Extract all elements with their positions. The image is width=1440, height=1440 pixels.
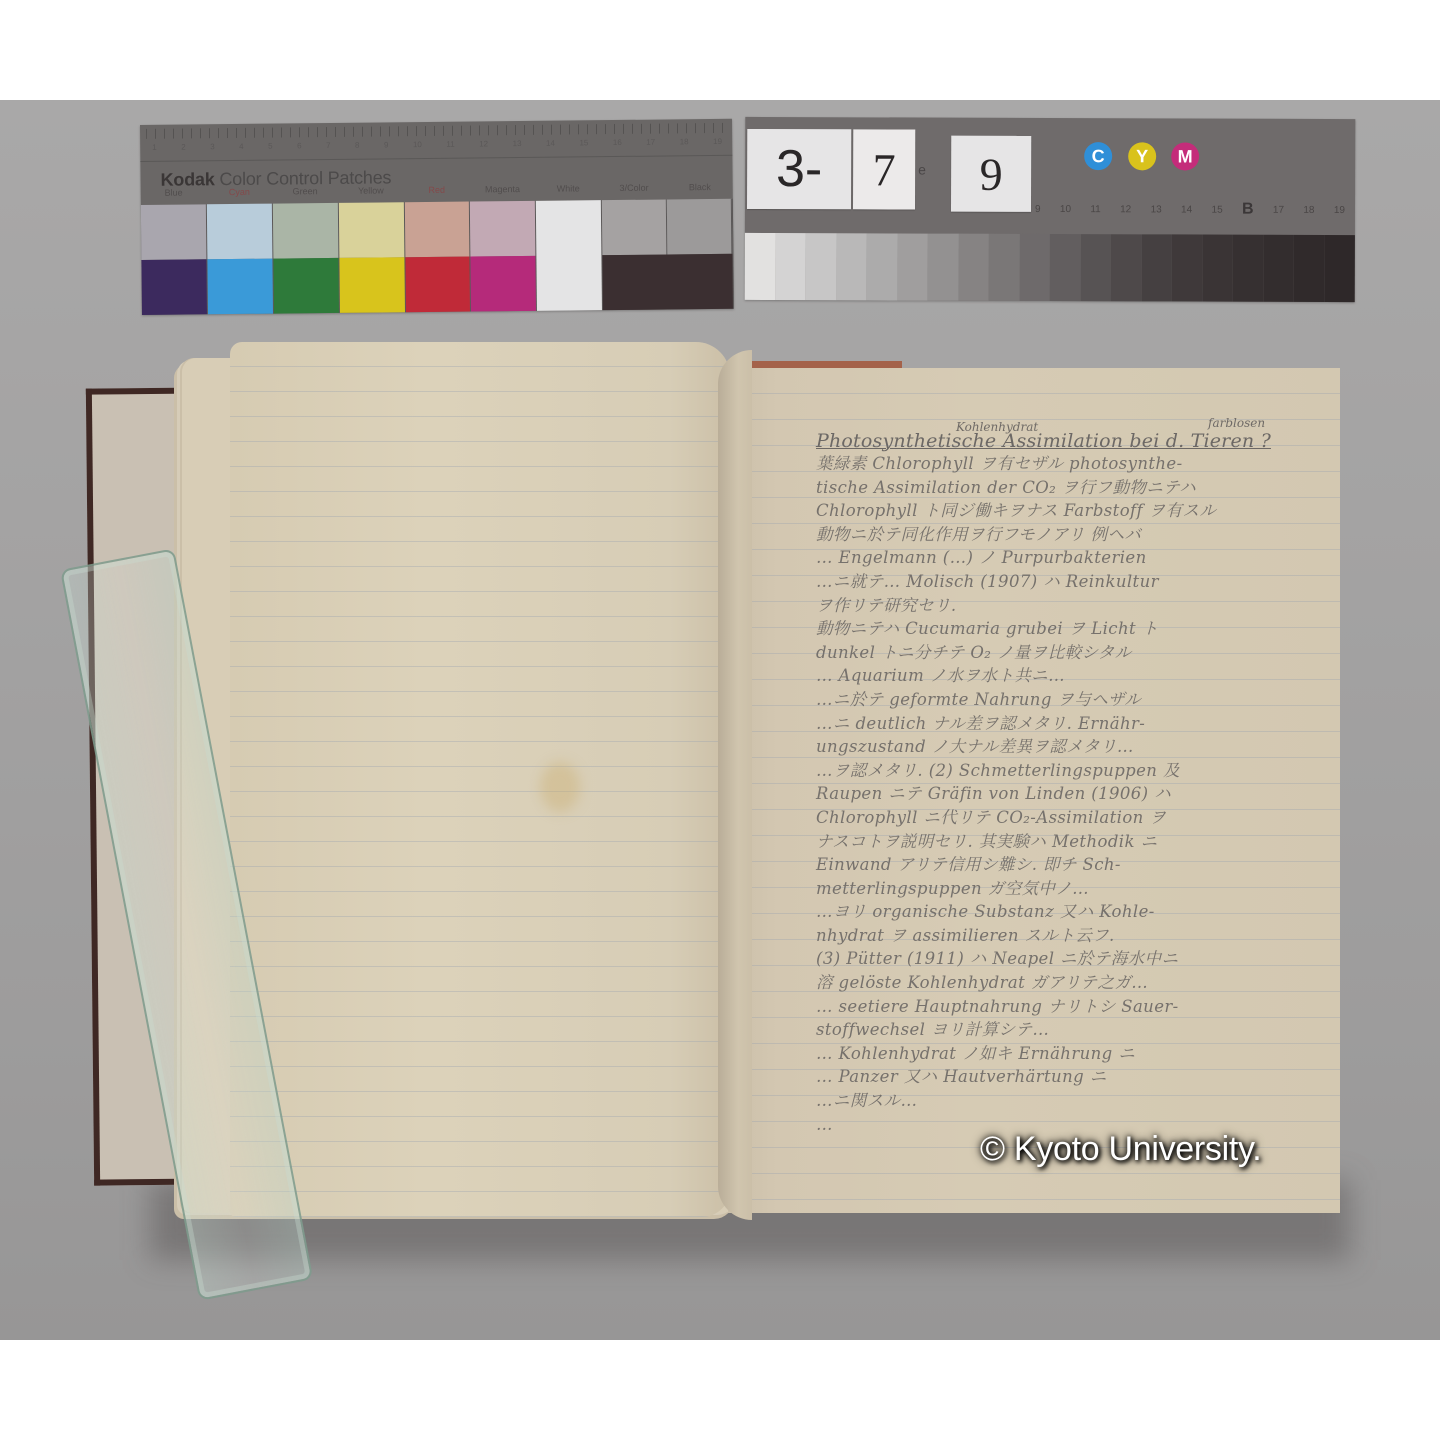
handwritten-notes: Kohlenhydrat farblosen Photosynthetische… — [816, 430, 1336, 1136]
ruler-number: 2 — [181, 143, 186, 152]
ruler-number: 6 — [297, 141, 302, 150]
label-tile-number: 7 — [853, 129, 915, 209]
handwritten-line: (3) Pütter (1911) ハ Neapel ニ於テ海水中ニ — [816, 947, 1336, 971]
patch-gray-black — [602, 199, 734, 310]
scale-number: 11 — [1090, 204, 1100, 218]
handwritten-title: Photosynthetische Assimilation bei d. Ti… — [816, 430, 1336, 452]
scale-number: 18 — [1303, 205, 1314, 219]
handwritten-line: Chlorophyll ニ代リテ CO₂-Assimilation ヲ — [816, 806, 1336, 830]
handwritten-line: tische Assimilation der CO₂ ヲ行フ動物ニテハ — [816, 476, 1336, 500]
handwritten-line: 動物ニテハ Cucumaria grubei ヲ Licht ト — [816, 617, 1336, 641]
scale-number: 17 — [1273, 205, 1284, 219]
scale-number: 14 — [1181, 204, 1192, 218]
scale-numbers: 9 10 11 12 13 14 15 B 17 18 19 — [1035, 204, 1345, 219]
handwritten-line: …ニ deutlich ナル差ヲ認メタリ. Ernähr- — [816, 712, 1336, 736]
handwritten-line: dunkel トニ分チテ O₂ ノ量ヲ比較シタル — [816, 641, 1336, 665]
ruler-number: 9 — [384, 140, 389, 149]
ruler-numbers: 1 2 3 4 5 6 7 8 9 10 11 12 13 14 15 16 1… — [152, 137, 722, 152]
handwritten-line: ヲ作リテ研究セリ. — [816, 594, 1336, 618]
patch-blue — [141, 204, 208, 315]
handwritten-annotation: farblosen — [1208, 416, 1265, 430]
gray-scale-card: 3- 7 e 9 C Y M 9 10 11 12 13 14 15 B 17 … — [745, 117, 1356, 302]
patch-label: 3/Color — [601, 182, 667, 197]
patch-magenta — [470, 201, 537, 312]
handwritten-line: ungszustand ノ大ナル差異ヲ認メタリ… — [816, 735, 1336, 759]
ruler-number: 1 — [152, 143, 157, 152]
ruler-number: 5 — [268, 142, 273, 151]
handwritten-line: Einwand アリテ信用シ難シ. 即チ Sch- — [816, 853, 1336, 877]
handwritten-line: … seetiere Hauptnahrung ナリトシ Sauer- — [816, 995, 1336, 1019]
handwritten-line: …ヨリ organische Substanz 又ハ Kohle- — [816, 900, 1336, 924]
patch-label: Black — [667, 182, 733, 197]
ruler-number: 16 — [613, 138, 622, 147]
ruler-number: 7 — [326, 141, 331, 150]
book-gutter — [718, 350, 752, 1220]
copyright-watermark: © Kyoto University. — [980, 1130, 1261, 1169]
ruler-number: 13 — [513, 139, 522, 148]
ruler-number: 3 — [210, 142, 215, 151]
handwritten-line: …ニ就テ… Molisch (1907) ハ Reinkultur — [816, 570, 1336, 594]
scale-number: 9 — [1035, 204, 1041, 218]
scale-number: 19 — [1334, 205, 1345, 219]
handwritten-line: … Panzer 又ハ Hautverhärtung ニ — [816, 1065, 1336, 1089]
handwritten-annotation: Kohlenhydrat — [956, 420, 1038, 434]
label-tile-page: 9 — [951, 136, 1031, 212]
ruler-number: 18 — [680, 137, 689, 146]
handwritten-line: Raupen ニテ Gräfin von Linden (1906) ハ — [816, 782, 1336, 806]
patch-red — [404, 202, 471, 313]
handwritten-line: …ニ於テ geformte Nahrung ヲ与ヘザル — [816, 688, 1336, 712]
paper-stain — [540, 762, 580, 812]
handwritten-line: 葉緑素 Chlorophyll ヲ有セザル photosynthe- — [816, 452, 1336, 476]
ruler-number: 8 — [355, 141, 360, 150]
ruler-number: 19 — [713, 137, 722, 146]
patch-label: Cyan — [206, 187, 272, 202]
ruler-number: 10 — [413, 140, 422, 149]
handwritten-line: metterlingspuppen ガ空気中ノ… — [816, 877, 1336, 901]
patch-label: Red — [404, 185, 470, 200]
handwritten-line: … Aquarium ノ水ヲ水ト共ニ… — [816, 664, 1336, 688]
patch-label: White — [535, 183, 601, 198]
color-patches — [141, 199, 734, 315]
handwritten-line: nhydrat ヲ assimilieren スルト云フ. — [816, 924, 1336, 948]
handwritten-line: …ヲ認メタリ. (2) Schmetterlingspuppen 及 — [816, 759, 1336, 783]
ruler-number: 4 — [239, 142, 244, 151]
ruler-number: 12 — [479, 139, 488, 148]
patch-white — [536, 200, 603, 311]
left-page — [230, 342, 730, 1217]
scale-number: 15 — [1211, 205, 1222, 219]
handwritten-line: … Engelmann (…) ノ Purpurbakterien — [816, 546, 1336, 570]
yellow-registration-icon: Y — [1128, 142, 1156, 170]
patch-yellow — [338, 202, 405, 313]
handwritten-line: ナスコトヲ説明セリ. 其実験ハ Methodik ニ — [816, 830, 1336, 854]
patch-label: Magenta — [470, 184, 536, 199]
magenta-registration-icon: M — [1171, 142, 1199, 170]
handwritten-line: 溶 gelöste Kohlenhydrat ガアリテ之ガ… — [816, 971, 1336, 995]
ruler-number: 11 — [446, 140, 454, 149]
scale-number: 12 — [1120, 204, 1131, 218]
kodak-color-card: 1 2 3 4 5 6 7 8 9 10 11 12 13 14 15 16 1… — [140, 119, 734, 315]
ruler-number: 14 — [546, 139, 555, 148]
card-letter: e — [918, 162, 926, 178]
label-tile-volume: 3- — [747, 129, 851, 209]
gray-steps — [745, 233, 1355, 302]
ruler-number: 15 — [579, 138, 588, 147]
photo-background: 1 2 3 4 5 6 7 8 9 10 11 12 13 14 15 16 1… — [0, 100, 1440, 1340]
patch-cyan — [207, 204, 274, 315]
handwritten-line: …ニ関スル… — [816, 1089, 1336, 1113]
patch-green — [273, 203, 340, 314]
scale-number: 10 — [1060, 204, 1071, 218]
card-ruler: 1 2 3 4 5 6 7 8 9 10 11 12 13 14 15 16 1… — [140, 119, 732, 162]
handwritten-line: … Kohlenhydrat ノ如キ Ernährung ニ — [816, 1042, 1336, 1066]
patch-label: Green — [272, 186, 338, 201]
right-page: Kohlenhydrat farblosen Photosynthetische… — [728, 368, 1340, 1213]
cyan-registration-icon: C — [1084, 142, 1112, 170]
ruler-number: 17 — [646, 138, 655, 147]
patch-label: Yellow — [338, 185, 404, 200]
handwritten-line: Chlorophyll ト同ジ働キヲナス Farbstoff ヲ有スル — [816, 499, 1336, 523]
scale-number: 13 — [1151, 204, 1162, 218]
ruler-ticks — [146, 123, 726, 139]
scale-marker-b: B — [1242, 201, 1254, 219]
patch-label: Blue — [141, 187, 207, 202]
handwritten-line: stoffwechsel ヨリ計算シテ… — [816, 1018, 1336, 1042]
handwritten-line: 動物ニ於テ同化作用ヲ行フモノアリ 例ヘバ — [816, 523, 1336, 547]
ruled-lines — [230, 342, 730, 1217]
